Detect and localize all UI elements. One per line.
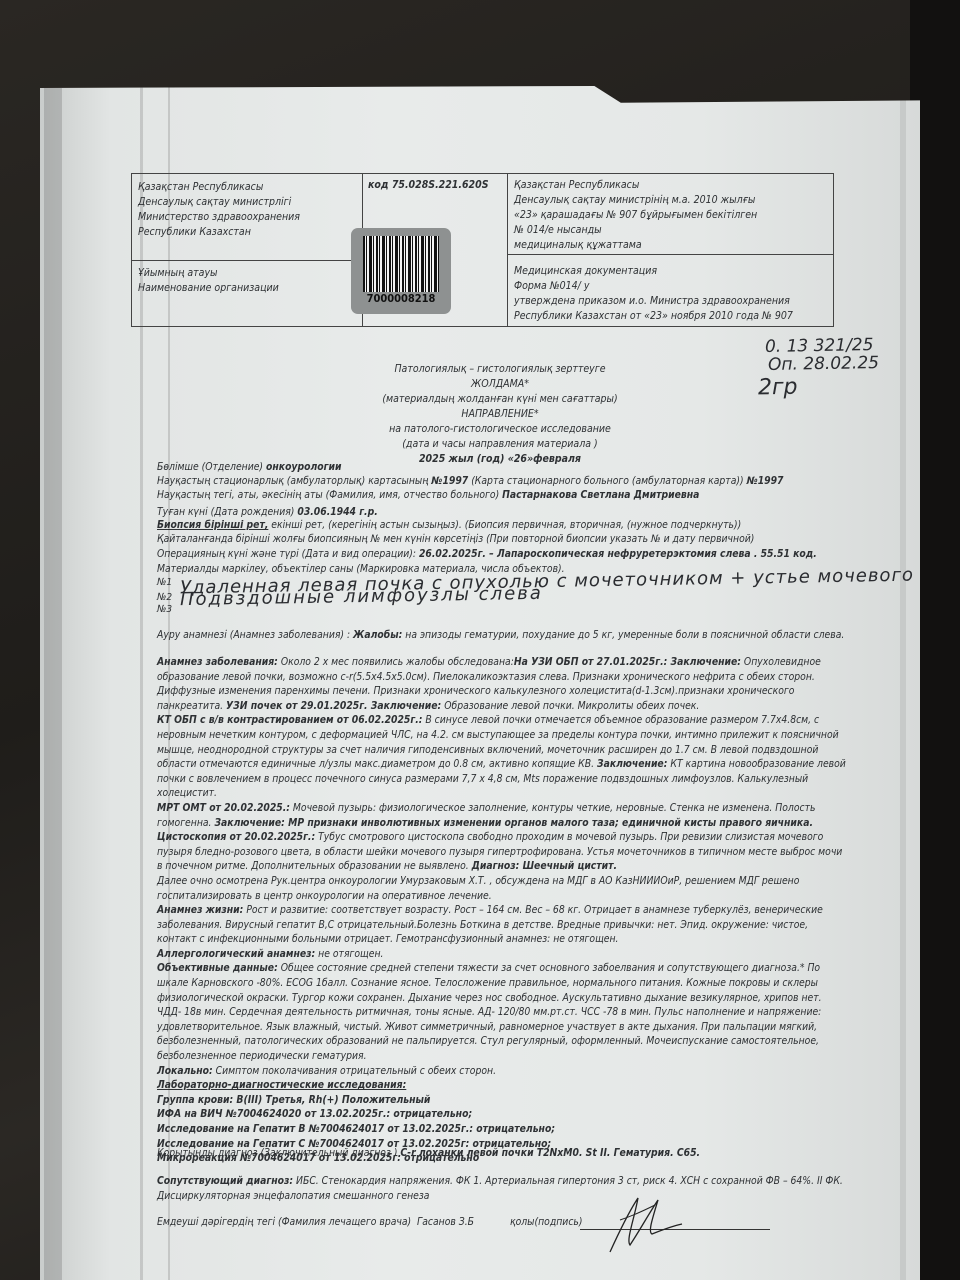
header-text: Форма №014/ у	[514, 279, 793, 294]
history-heading: Анамнез заболевания:	[157, 656, 278, 668]
header-ministry-block: Қазақстан Республикасы Денсаулық сақтау …	[138, 180, 300, 240]
local-text: Симптом поколачивания отрицательный с об…	[213, 1065, 496, 1077]
header-text: Республики Казахстан	[138, 225, 300, 240]
ct-heading: КТ ОБП с в/в контрастированием от 06.02.…	[157, 714, 422, 726]
us2-heading: УЗИ почек от 29.01.2025г. Заключение:	[226, 700, 441, 712]
header-text: № 014/е нысанды	[514, 223, 757, 238]
doctor-name: Гасанов З.Б	[417, 1216, 474, 1228]
complaints-text: на эпизоды гематурии, похудание до 5 кг,…	[402, 629, 844, 641]
concomitant-diagnosis: Сопутствующий диагноз: ИБС. Стенокардия …	[157, 1174, 847, 1203]
department-label: Бөлімше (Отделение)	[157, 461, 263, 473]
operation-row: Операцияның күні және түрі (Дата и вид о…	[157, 547, 817, 562]
title-line: Патологиялық – гистологиялық зерттеуге	[300, 362, 700, 377]
lab-item: Исследование на Гепатит В №7004624017 от…	[157, 1123, 555, 1135]
department-value: онкоурологии	[266, 461, 341, 473]
objective-heading: Объективные данные:	[157, 962, 278, 974]
biopsy-text: екінші рет, (керегінің астын сызыңыз). (…	[268, 519, 741, 531]
signature-label: қолы(подпись)	[510, 1215, 583, 1230]
header-text: медициналық құжаттама	[514, 238, 757, 253]
header-text: Республики Казахстан от «23» ноября 2010…	[514, 309, 793, 324]
lab-item: Группа крови: B(III) Третья, Rh(+) Полож…	[157, 1094, 430, 1106]
mdg-decision-text: Далее очно осмотрена Рук.центра онкоурол…	[157, 875, 799, 902]
referral-title: Патологиялық – гистологиялық зерттеуге Ж…	[300, 362, 700, 467]
handwritten-date: Оп. 28.02.25	[768, 353, 879, 375]
header-text: утверждена приказом и.о. Министра здраво…	[514, 294, 793, 309]
lab-item: ИФА на ВИЧ №7004624020 от 13.02.2025г.: …	[157, 1108, 472, 1120]
operation-label: Операцияның күні және түрі (Дата и вид о…	[157, 548, 416, 560]
us-heading: На УЗИ ОБП от 27.01.2025г.: Заключение:	[514, 656, 741, 668]
operation-value: 26.02.2025г. – Лапароскопическая нефруре…	[419, 548, 817, 560]
complaints-label: Ауру анамнезі (Анамнез заболевания) :	[157, 629, 350, 641]
header-text: Наименование организации	[138, 281, 279, 296]
history-text: Около 2 х мес появились жалобы обследова…	[278, 656, 514, 668]
signature-icon	[600, 1190, 710, 1260]
card-label: Науқастың стационарлық (амбулаторлық) ка…	[157, 475, 428, 487]
dob-value: 03.06.1944 г.р.	[297, 506, 377, 518]
ct-conclusion-heading: Заключение:	[597, 758, 667, 770]
card-label-ru: (Карта стационарного больного (амбулатор…	[471, 475, 743, 487]
life-history-text: Рост и развитие: соответствует возрасту.…	[157, 904, 823, 945]
allergy-text: не отягощен.	[315, 948, 383, 960]
header-text: Денсаулық сақтау министрінің м.а. 2010 ж…	[514, 193, 757, 208]
life-history-heading: Анамнез жизни:	[157, 904, 243, 916]
allergy-heading: Аллергологический анамнез:	[157, 948, 315, 960]
handwritten-group: 2гр	[758, 375, 798, 401]
title-line: НАПРАВЛЕНИЕ*	[300, 407, 700, 422]
objective-text: Общее состояние средней степени тяжести …	[157, 962, 822, 1062]
title-line: (материалдың жолданған күні мен сағаттар…	[300, 392, 700, 407]
mri-heading: МРТ ОМТ от 20.02.2025.:	[157, 802, 290, 814]
final-diagnosis-label: Қорытынды диагноз (Заключительный диагно…	[157, 1147, 397, 1159]
concomitant-heading: Сопутствующий диагноз:	[157, 1175, 293, 1187]
header-text: Қазақстан Республикасы	[138, 180, 300, 195]
header-order-block: Қазақстан Республикасы Денсаулық сақтау …	[514, 178, 757, 253]
doctor-row: Емдеуші дәрігердің тегі (Фамилия лечащег…	[157, 1215, 474, 1230]
header-table: Қазақстан Республикасы Денсаулық сақтау …	[131, 173, 834, 327]
header-text: «23» қарашадағы № 907 бұйрығымен бекітіл…	[514, 208, 757, 223]
patient-name-label: Науқастың тегі, аты, әкесінің аты (Фамил…	[157, 489, 499, 501]
patient-name: Пастарнакова Светлана Дмитриевна	[502, 489, 699, 501]
doctor-label: Емдеуші дәрігердің тегі (Фамилия лечащег…	[157, 1216, 411, 1228]
form-code: код 75.028S.221.620S	[368, 178, 489, 193]
final-diagnosis-value: С-r лоханки левой почки T2NxM0. St II. Г…	[400, 1147, 700, 1159]
cystoscopy-diagnosis: Диагноз: Шеечный цистит.	[472, 860, 617, 872]
barcode-number: 7000008218	[351, 292, 451, 305]
referral-date: 2025 жыл (год) «26»февраля	[300, 452, 700, 467]
us2-text: Образование левой почки. Микролиты обеих…	[441, 700, 699, 712]
cystoscopy-heading: Цистоскопия от 20.02.2025г.:	[157, 831, 315, 843]
header-form-block: Медицинская документация Форма №014/ у у…	[514, 264, 793, 324]
labs-heading: Лабораторно-диагностические исследования…	[157, 1079, 406, 1091]
title-line: (дата и часы направления материала )	[300, 437, 700, 452]
final-diagnosis-row: Қорытынды диагноз (Заключительный диагно…	[157, 1146, 700, 1161]
dob-label: Туған күні (Дата рождения)	[157, 506, 294, 518]
department-row: Бөлімше (Отделение) онкоурологии	[157, 460, 341, 475]
repeat-biopsy-row: Қайталанғанда бірінші жолғы биопсияның №…	[157, 532, 754, 547]
complaints-paragraph: Ауру анамнезі (Анамнез заболевания) : Жа…	[157, 628, 847, 643]
biopsy-row: Биопсия бірінші рет, екінші рет, (керегі…	[157, 518, 741, 533]
specimen-3-no: №3	[157, 603, 172, 618]
barcode-sticker: 7000008218	[351, 228, 451, 314]
specimen-1-no: №1	[157, 576, 172, 591]
title-line: ЖОЛДАМА*	[300, 377, 700, 392]
title-line: на патолого-гистологическое исследование	[300, 422, 700, 437]
barcode-icon	[363, 236, 439, 292]
header-organization-block: Ұйымның атауы Наименование организации	[138, 266, 279, 296]
biopsy-first-underlined: Биопсия бірінші рет,	[157, 519, 268, 531]
header-text: Қазақстан Республикасы	[514, 178, 757, 193]
complaints-heading: Жалобы:	[353, 629, 402, 641]
card-number: №1997	[431, 475, 468, 487]
header-text: Денсаулық сақтау министрлігі	[138, 195, 300, 210]
local-heading: Локально:	[157, 1065, 213, 1077]
card-row: Науқастың стационарлық (амбулаторлық) ка…	[157, 474, 784, 489]
header-text: Медицинская документация	[514, 264, 793, 279]
card-number-2: №1997	[747, 475, 784, 487]
header-text: Министерство здравоохранения	[138, 210, 300, 225]
patient-name-row: Науқастың тегі, аты, әкесінің аты (Фамил…	[157, 488, 699, 503]
history-paragraph: Анамнез заболевания: Около 2 х мес появи…	[157, 655, 847, 1166]
header-text: Ұйымның атауы	[138, 266, 279, 281]
mri-conclusion: Заключение: МР признаки инволютивных изм…	[214, 817, 813, 829]
